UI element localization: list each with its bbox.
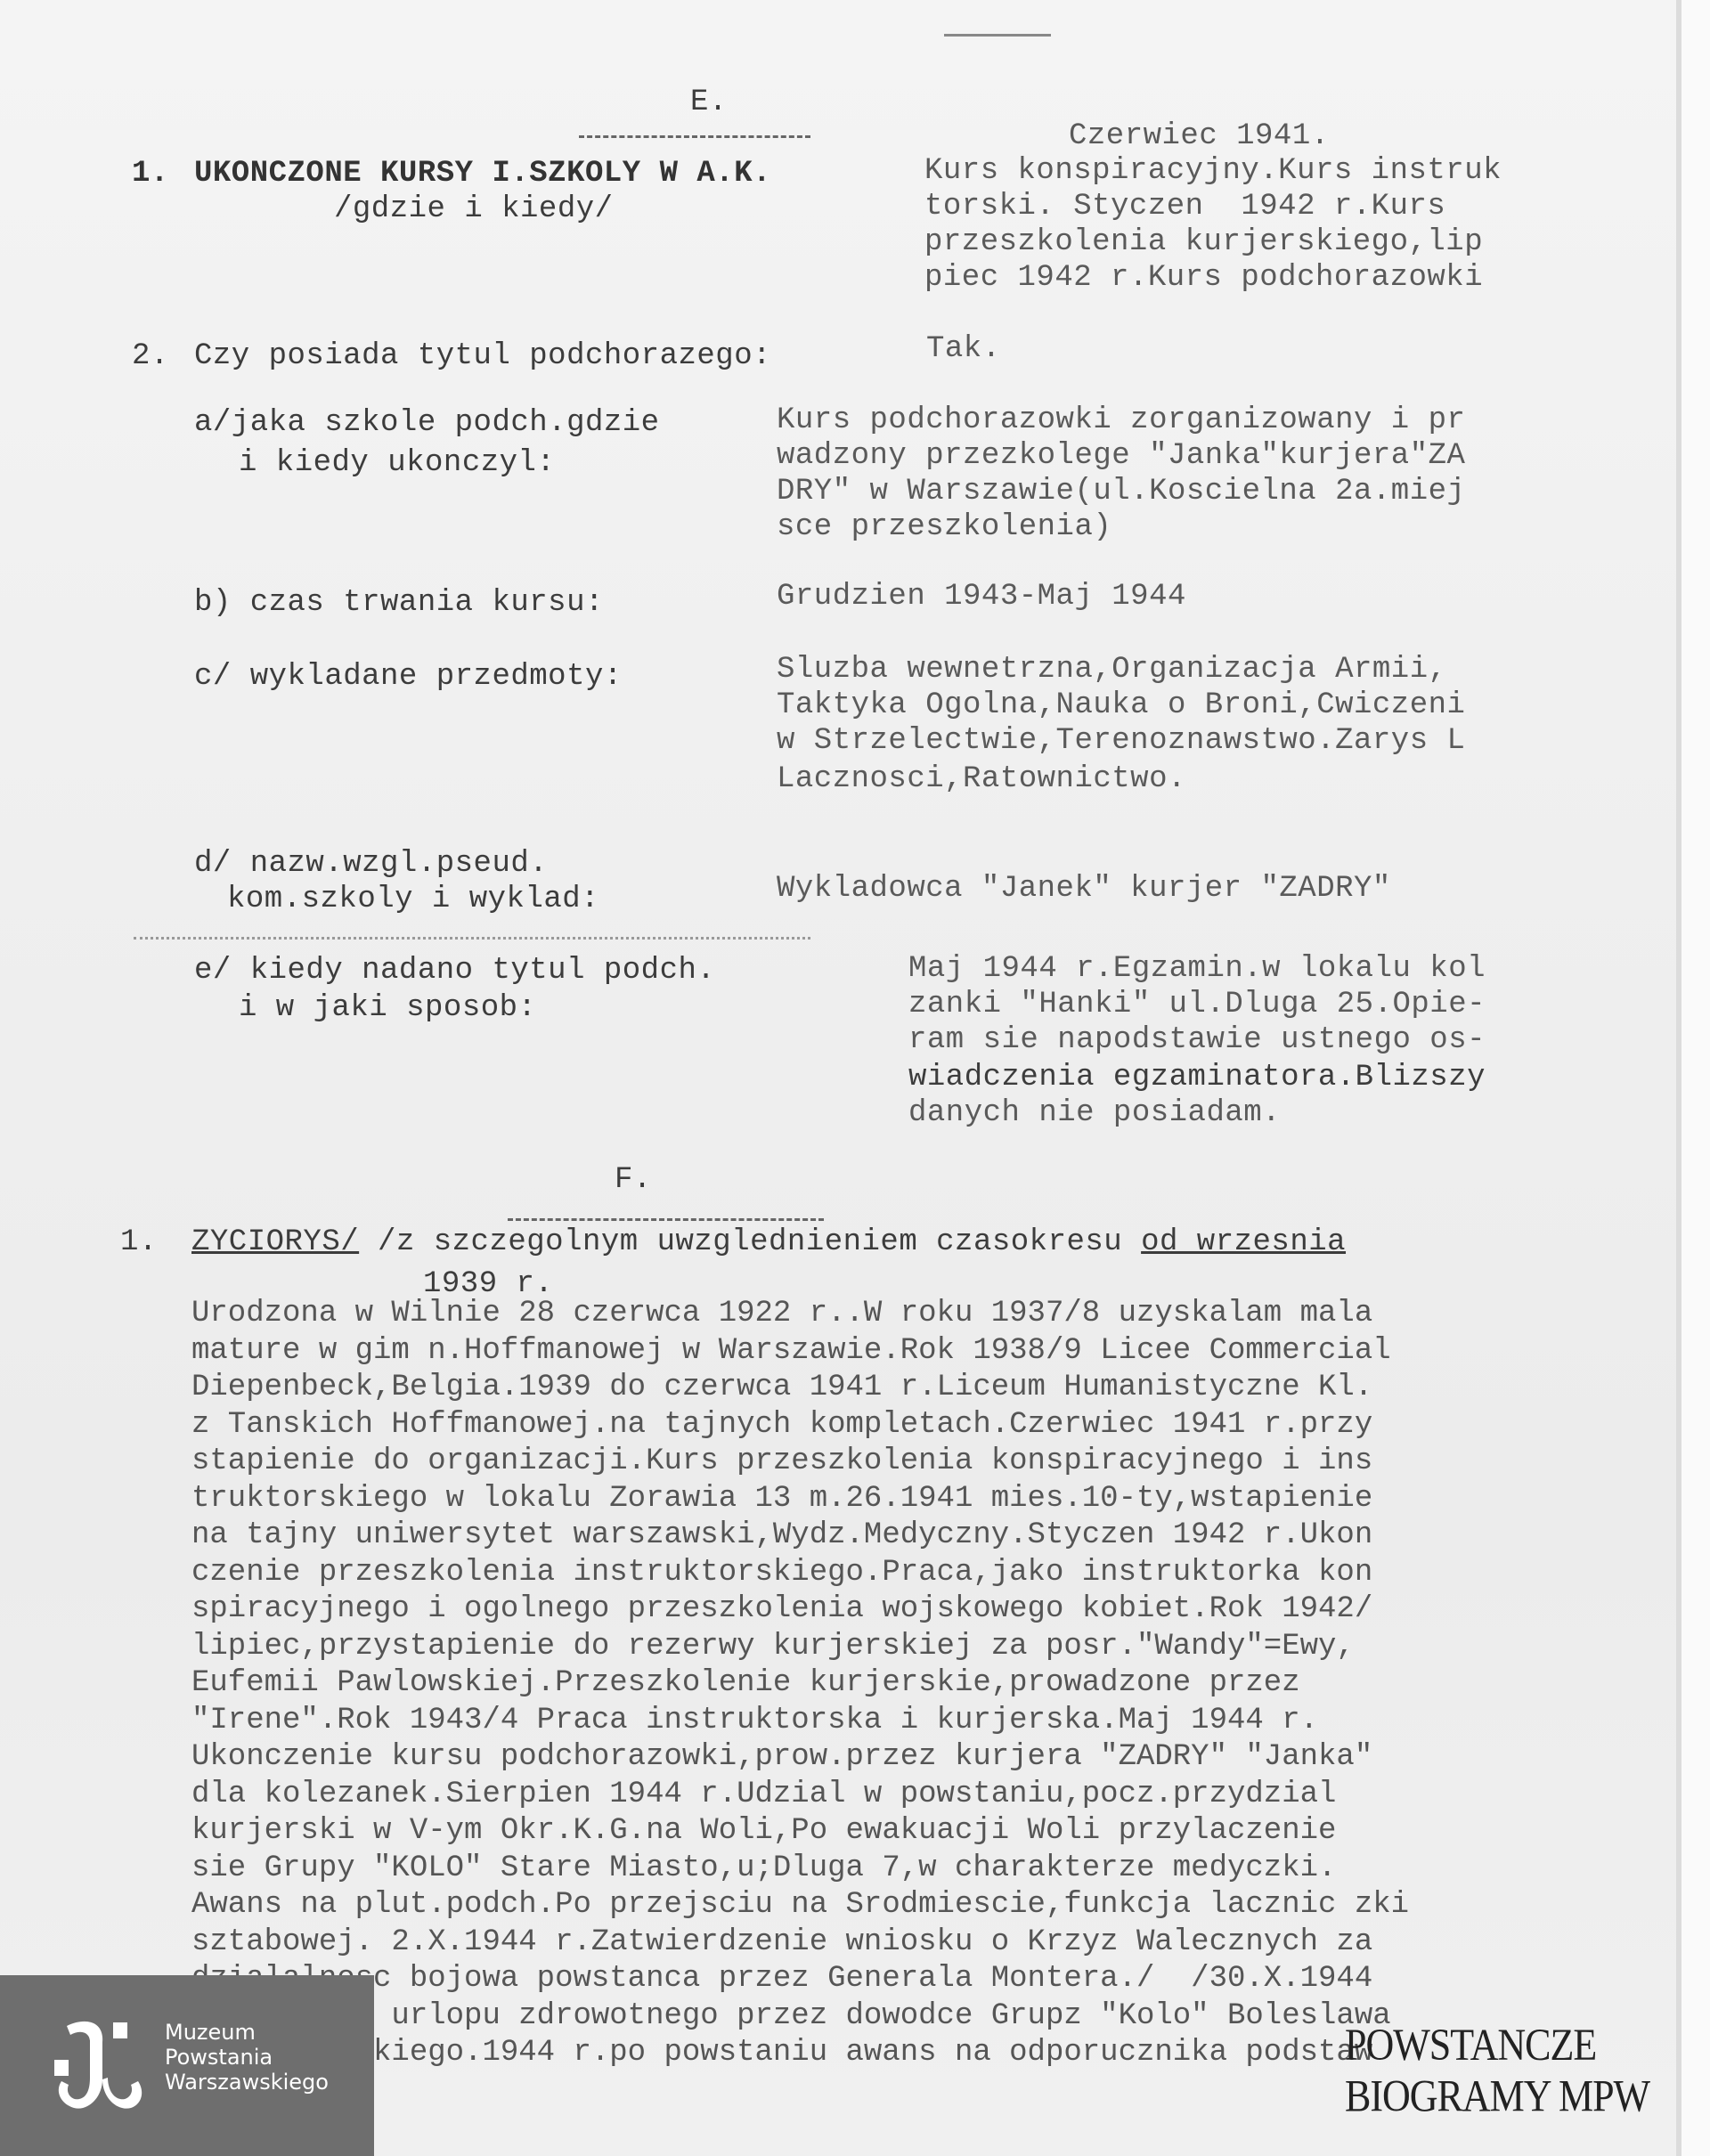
qa-answer-line: sce przeszkolenia) xyxy=(777,509,1111,545)
biography-line: Diepenbeck,Belgia.1939 do czerwca 1941 r… xyxy=(191,1370,1616,1407)
biography-line: spiracyjnego i ogolnego przeszkolenia wo… xyxy=(191,1591,1616,1629)
biography-line: dla kolezanek.Sierpien 1944 r.Udzial w p… xyxy=(191,1777,1616,1814)
biography-line: Eufemii Pawlowskiej.Przeszkolenie kurjer… xyxy=(191,1665,1616,1703)
q1-number: 1. xyxy=(132,156,169,191)
biography-line: na tajny uniwersytet warszawski,Wydz.Med… xyxy=(191,1517,1616,1555)
museum-name-line: Powstania xyxy=(165,2045,329,2070)
qa-answer-line: DRY" w Warszawie(ul.Koscielna 2a.miej xyxy=(777,474,1465,509)
q1-answer-line: Kurs konspiracyjny.Kurs instruk xyxy=(924,153,1502,189)
qc-answer-line: w Strzelectwie,Terenoznawstwo.Zarys L xyxy=(777,723,1465,759)
section-e-rule xyxy=(579,135,810,138)
q1-answer-line: Czerwiec 1941. xyxy=(1069,118,1330,154)
qa-label-line: a/jaka szkole podch.gdzie xyxy=(194,405,660,441)
qc-label: c/ wykladane przedmoty: xyxy=(194,659,623,695)
qc-answer-line: Sluzba wewnetrzna,Organizacja Armii, xyxy=(777,652,1447,687)
qe-answer-line: zanki "Hanki" ul.Dluga 25.Opie- xyxy=(908,987,1486,1022)
qb-answer: Grudzien 1943-Maj 1944 xyxy=(777,579,1186,614)
section-e-heading: E. xyxy=(690,85,728,120)
qe-label-line: i w jaki sposob: xyxy=(239,990,536,1026)
qe-answer-line: wiadczenia egzaminatora.Blizszy xyxy=(908,1060,1486,1095)
f-q1-number: 1. xyxy=(120,1224,158,1260)
qb-label: b) czas trwania kursu: xyxy=(194,585,604,621)
section-f-rule xyxy=(508,1218,824,1221)
qa-answer-line: wadzony przezkolege "Janka"kurjera"ZA xyxy=(777,438,1465,474)
qa-answer-line: Kurs podchorazowki zorganizowany i pr xyxy=(777,403,1465,438)
museum-name: Muzeum Powstania Warszawskiego xyxy=(165,2020,329,2095)
q1-answer-line: przeszkolenia kurjerskiego,lip xyxy=(924,224,1483,260)
biography-line: "Irene".Rok 1943/4 Praca instruktorska i… xyxy=(191,1703,1616,1740)
biography-line: Awans na plut.podch.Po przejsciu na Srod… xyxy=(191,1887,1616,1924)
biography-line: kurjerski w V-ym Okr.K.G.na Woli,Po ewak… xyxy=(191,1813,1616,1851)
qd-label-line: kom.szkoly i wyklad: xyxy=(227,882,599,917)
qe-label-line: e/ kiedy nadano tytul podch. xyxy=(194,953,715,989)
biography-line: dzialalnosc bojowa powstanca przez Gener… xyxy=(191,1961,1616,1998)
qa-label-line: i kiedy ukonczyl: xyxy=(239,445,555,481)
biography-line: stapienie do organizacji.Kurs przeszkole… xyxy=(191,1444,1616,1481)
museum-logo-watermark: Muzeum Powstania Warszawskiego xyxy=(0,1975,374,2156)
biography-line: truktorskiego w lokalu Zorawia 13 m.26.1… xyxy=(191,1481,1616,1518)
biography-line: mature w gim n.Hoffmanowej w Warszawie.R… xyxy=(191,1333,1616,1371)
f-q1-label-rest: /z szczegolnym uwzglednieniem czasokresu xyxy=(359,1225,1141,1259)
q1-answer-line: piec 1942 r.Kurs podchorazowki xyxy=(924,260,1483,296)
q2-number: 2. xyxy=(132,338,169,374)
biography-line: Ukonczenie kursu podchorazowki,prow.prze… xyxy=(191,1739,1616,1777)
qe-answer-line: danych nie posiadam. xyxy=(908,1095,1281,1131)
page-number-mark xyxy=(944,34,1051,37)
biography-line: lipiec,przystapienie do rezerwy kurjersk… xyxy=(191,1629,1616,1666)
q1-answer-line: torski. Styczen 1942 r.Kurs xyxy=(924,189,1445,224)
biography-line: sie Grupy "KOLO" Stare Miasto,u;Dluga 7,… xyxy=(191,1851,1616,1888)
page-margin xyxy=(1681,0,1710,2156)
museum-name-line: Warszawskiego xyxy=(165,2070,329,2095)
biography-line: sztabowej. 2.X.1944 r.Zatwierdzenie wnio… xyxy=(191,1924,1616,1962)
section-f-heading: F. xyxy=(615,1162,652,1198)
q2-answer: Tak. xyxy=(926,331,1001,367)
q2-label: Czy posiada tytul podchorazego: xyxy=(194,338,771,374)
biography-line: z Tanskich Hoffmanowej.na tajnych komple… xyxy=(191,1407,1616,1444)
f-q1-label-line: ZYCIORYS/ /z szczegolnym uwzglednieniem … xyxy=(191,1224,1346,1260)
kotwica-anchor-icon xyxy=(49,2015,147,2122)
qd-label-line: d/ nazw.wzgl.pseud. xyxy=(194,846,548,882)
biography-line: Urodzona w Wilnie 28 czerwca 1922 r..W r… xyxy=(191,1296,1616,1333)
document-page: E. 1. UKONCZONE KURSY I.SZKOLY W A.K. /g… xyxy=(0,0,1681,2156)
f-q1-label-underlined: od wrzesnia xyxy=(1141,1225,1346,1259)
stamp-line: BIOGRAMY MPW xyxy=(1345,2071,1649,2123)
q1-sublabel: /gdzie i kiedy/ xyxy=(334,191,614,227)
archive-stamp: POWSTANCZE BIOGRAMY MPW xyxy=(1345,2020,1649,2122)
qd-answer: Wykladowca "Janek" kurjer "ZADRY" xyxy=(777,871,1391,907)
f-q1-label: ZYCIORYS/ xyxy=(191,1225,359,1259)
separator-dots xyxy=(134,937,810,940)
q1-label: UKONCZONE KURSY I.SZKOLY W A.K. xyxy=(194,156,771,191)
qc-answer-line: Lacznosci,Ratownictwo. xyxy=(777,761,1186,797)
qe-answer-line: Maj 1944 r.Egzamin.w lokalu kol xyxy=(908,951,1486,987)
stamp-line: POWSTANCZE xyxy=(1345,2020,1649,2071)
qe-answer-line: ram sie napodstawie ustnego os- xyxy=(908,1022,1486,1058)
museum-name-line: Muzeum xyxy=(165,2020,329,2045)
biography-text: Urodzona w Wilnie 28 czerwca 1922 r..W r… xyxy=(191,1296,1616,2072)
qc-answer-line: Taktyka Ogolna,Nauka o Broni,Cwiczeni xyxy=(777,687,1465,723)
biography-line: czenie przeszkolenia instruktorskiego.Pr… xyxy=(191,1555,1616,1592)
